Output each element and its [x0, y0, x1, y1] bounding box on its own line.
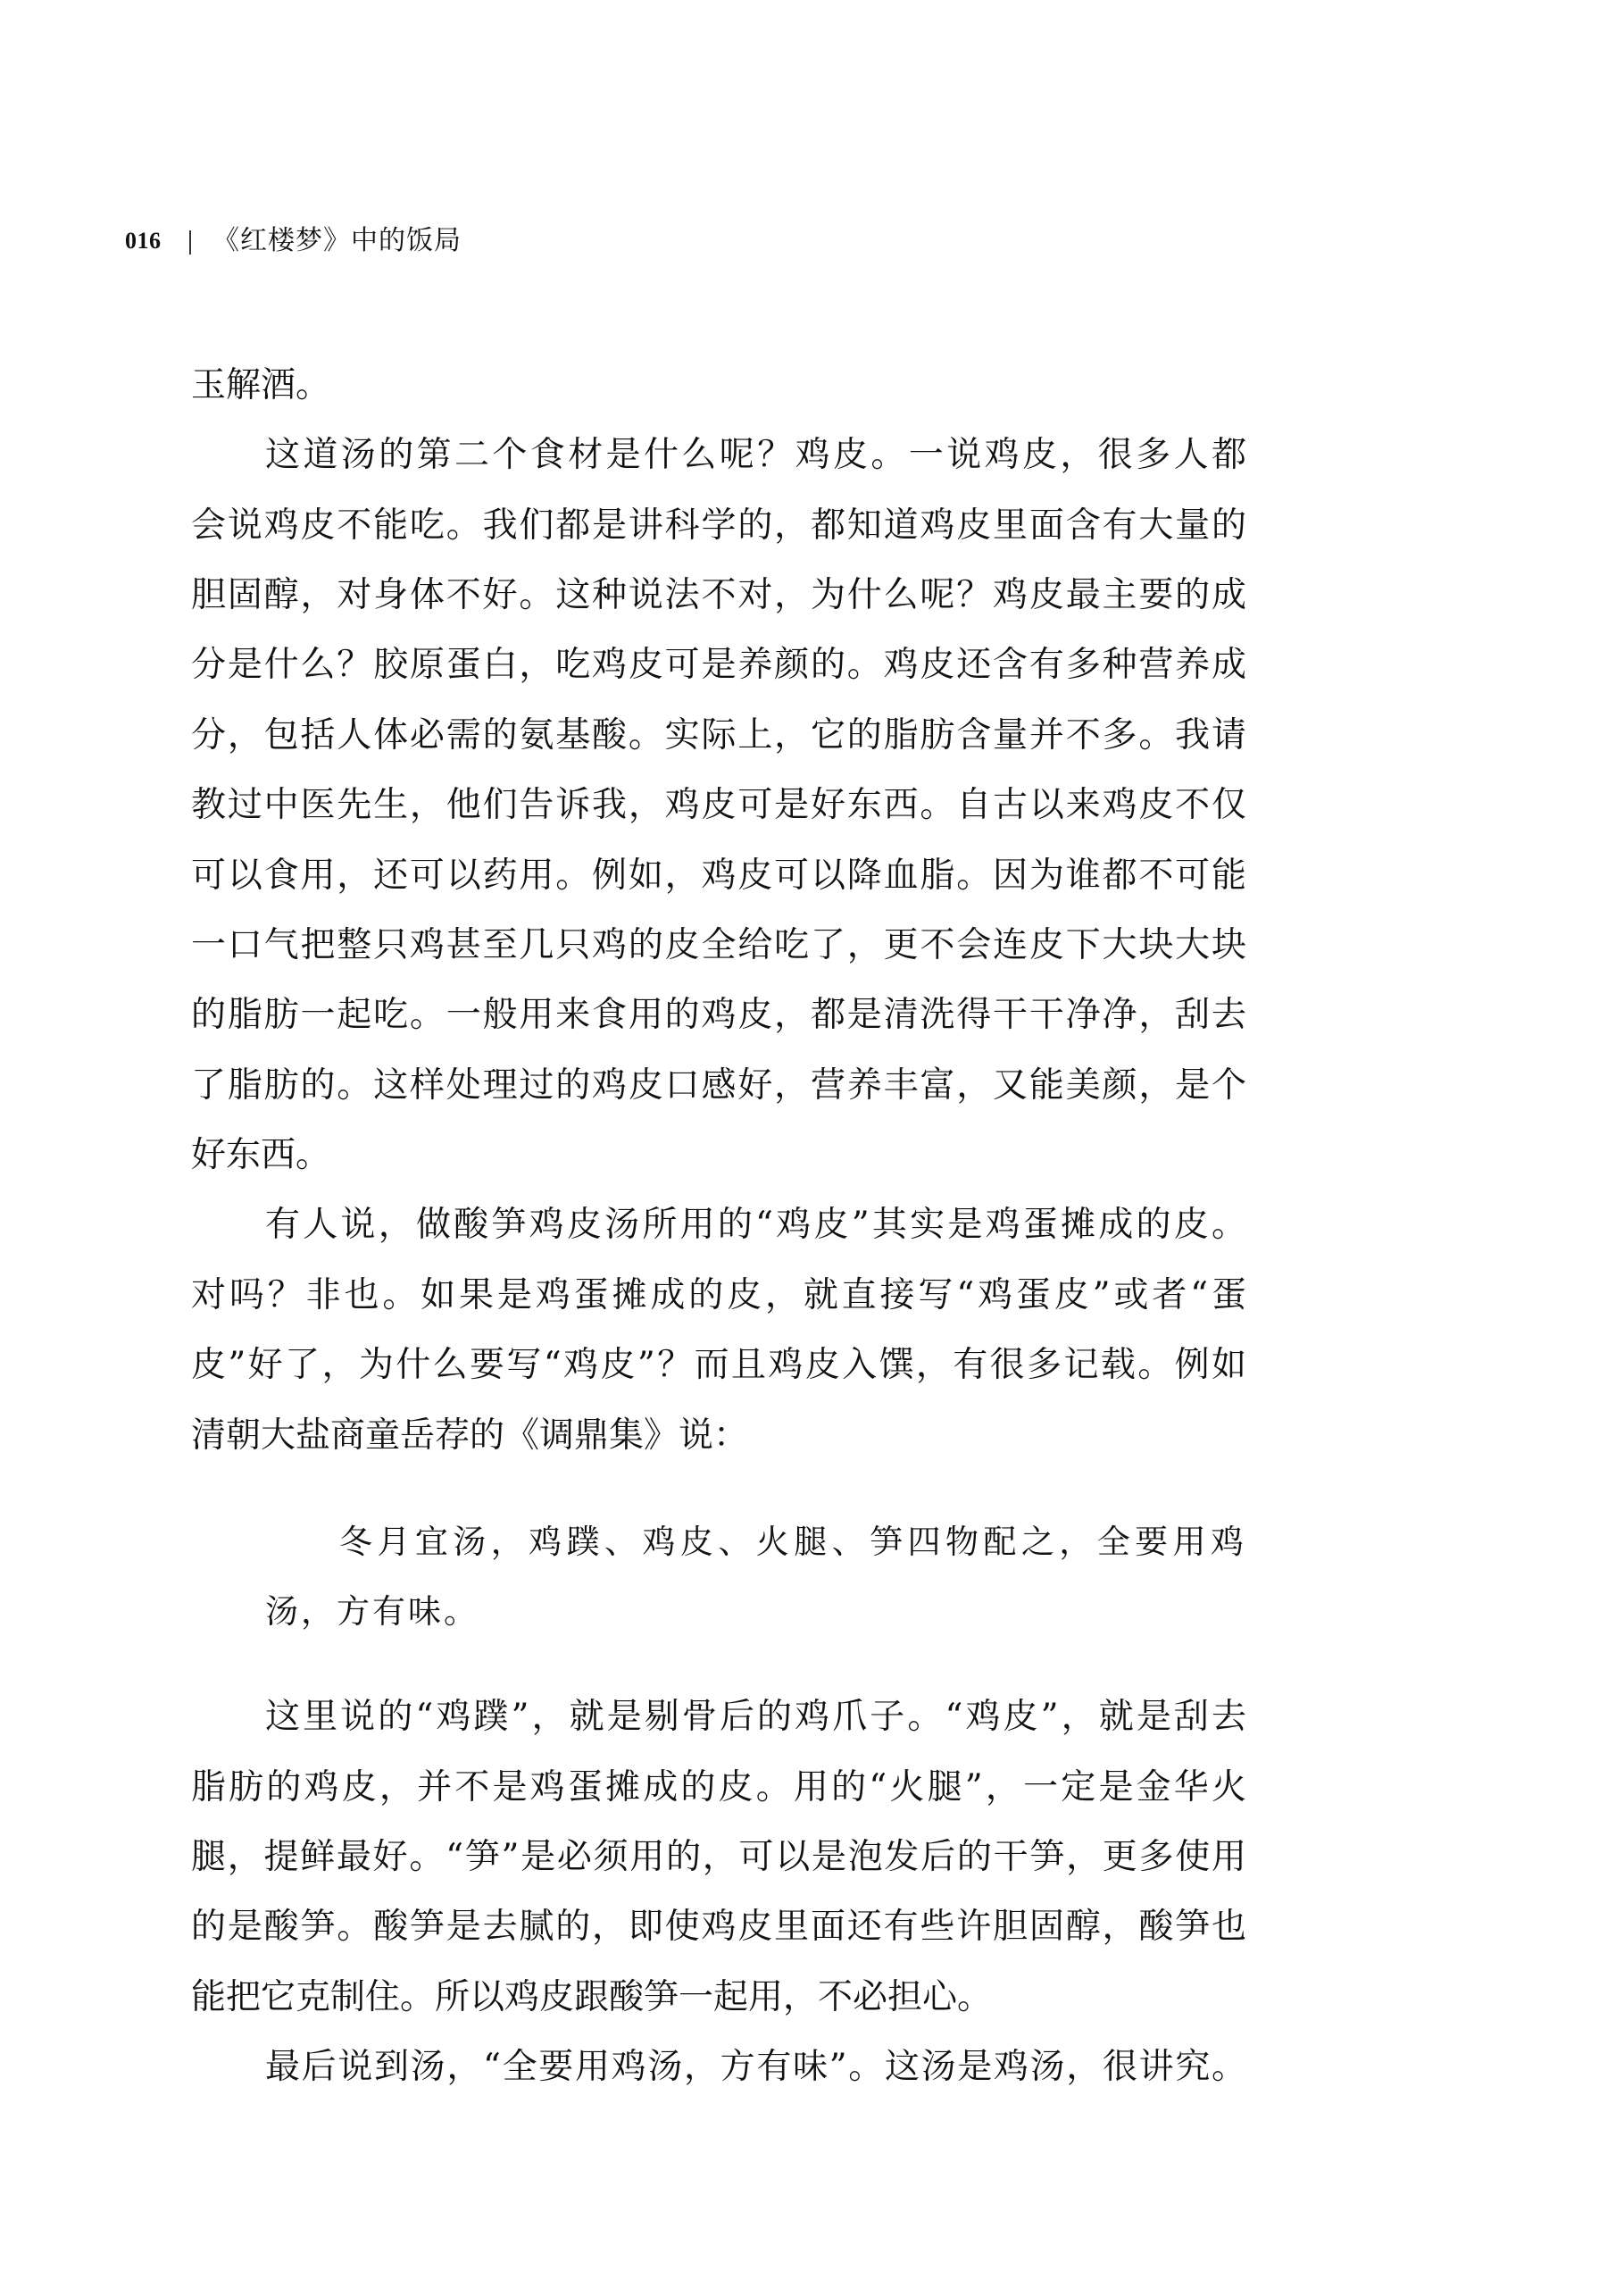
text-line: 教过中医先生，他们告诉我，鸡皮可是好东西。自古以来鸡皮不仅: [191, 771, 1246, 840]
text-line: 可以食用，还可以药用。例如，鸡皮可以降血脂。因为谁都不可能: [191, 841, 1246, 911]
paragraph: 有人说，做酸笋鸡皮汤所用的“鸡皮”其实是鸡蛋摊成的皮。 对吗？非也。如果是鸡蛋摊…: [191, 1190, 1246, 1471]
text-line: 脂肪的鸡皮，并不是鸡蛋摊成的皮。用的“火腿”，一定是金华火: [191, 1753, 1246, 1823]
text-line: 的是酸笋。酸笋是去腻的，即使鸡皮里面还有些许胆固醇，酸笋也: [191, 1892, 1246, 1962]
text-line: 这道汤的第二个食材是什么呢？鸡皮。一说鸡皮，很多人都: [191, 421, 1246, 490]
text-line: 对吗？非也。如果是鸡蛋摊成的皮，就直接写“鸡蛋皮”或者“蛋: [191, 1261, 1246, 1331]
text-line: 的脂肪一起吃。一般用来食用的鸡皮，都是清洗得干干净净，刮去: [191, 981, 1246, 1050]
paragraph: 这里说的“鸡蹼”，就是剔骨后的鸡爪子。“鸡皮”，就是刮去 脂肪的鸡皮，并不是鸡蛋…: [191, 1682, 1246, 2033]
text-line: 分是什么？胶原蛋白，吃鸡皮可是养颜的。鸡皮还含有多种营养成: [191, 630, 1246, 700]
text-line: 皮”好了，为什么要写“鸡皮”？而且鸡皮入馔，有很多记载。例如: [191, 1331, 1246, 1400]
quote-line: 汤，方有味。: [265, 1577, 1246, 1647]
paragraph: 玉解酒。: [191, 351, 1246, 421]
text-line: 清朝大盐商童岳荐的《调鼎集》说：: [191, 1401, 1246, 1471]
text-line: 分，包括人体必需的氨基酸。实际上，它的脂肪含量并不多。我请: [191, 701, 1246, 771]
text-line: 能把它克制住。所以鸡皮跟酸笋一起用，不必担心。: [191, 1963, 1246, 2033]
paragraph: 这道汤的第二个食材是什么呢？鸡皮。一说鸡皮，很多人都 会说鸡皮不能吃。我们都是讲…: [191, 421, 1246, 1190]
text-line: 腿，提鲜最好。“笋”是必须用的，可以是泡发后的干笋，更多使用: [191, 1823, 1246, 1892]
text-line: 会说鸡皮不能吃。我们都是讲科学的，都知道鸡皮里面含有大量的: [191, 491, 1246, 561]
text-line: 了脂肪的。这样处理过的鸡皮口感好，营养丰富，又能美颜，是个: [191, 1051, 1246, 1121]
text-line: 最后说到汤，“全要用鸡汤，方有味”。这汤是鸡汤，很讲究。: [191, 2033, 1246, 2102]
body-text: 玉解酒。 这道汤的第二个食材是什么呢？鸡皮。一说鸡皮，很多人都 会说鸡皮不能吃。…: [191, 351, 1246, 2103]
page-number: 016: [125, 225, 162, 257]
text-line: 一口气把整只鸡甚至几只鸡的皮全给吃了，更不会连皮下大块大块: [191, 911, 1246, 981]
text-line: 这里说的“鸡蹼”，就是剔骨后的鸡爪子。“鸡皮”，就是刮去: [191, 1682, 1246, 1752]
book-title: 《红楼梦》中的饭局: [212, 223, 462, 259]
block-quote: 冬月宜汤，鸡蹼、鸡皮、火腿、笋四物配之，全要用鸡 汤，方有味。: [265, 1507, 1246, 1647]
text-line: 玉解酒。: [191, 351, 1246, 421]
paragraph: 最后说到汤，“全要用鸡汤，方有味”。这汤是鸡汤，很讲究。: [191, 2033, 1246, 2102]
quote-line: 冬月宜汤，鸡蹼、鸡皮、火腿、笋四物配之，全要用鸡: [265, 1507, 1246, 1577]
header-divider: [189, 230, 191, 255]
text-line: 胆固醇，对身体不好。这种说法不对，为什么呢？鸡皮最主要的成: [191, 561, 1246, 630]
book-page: 016 《红楼梦》中的饭局 玉解酒。 这道汤的第二个食材是什么呢？鸡皮。一说鸡皮…: [0, 0, 1624, 2279]
text-line: 有人说，做酸笋鸡皮汤所用的“鸡皮”其实是鸡蛋摊成的皮。: [191, 1190, 1246, 1260]
text-line: 好东西。: [191, 1121, 1246, 1190]
